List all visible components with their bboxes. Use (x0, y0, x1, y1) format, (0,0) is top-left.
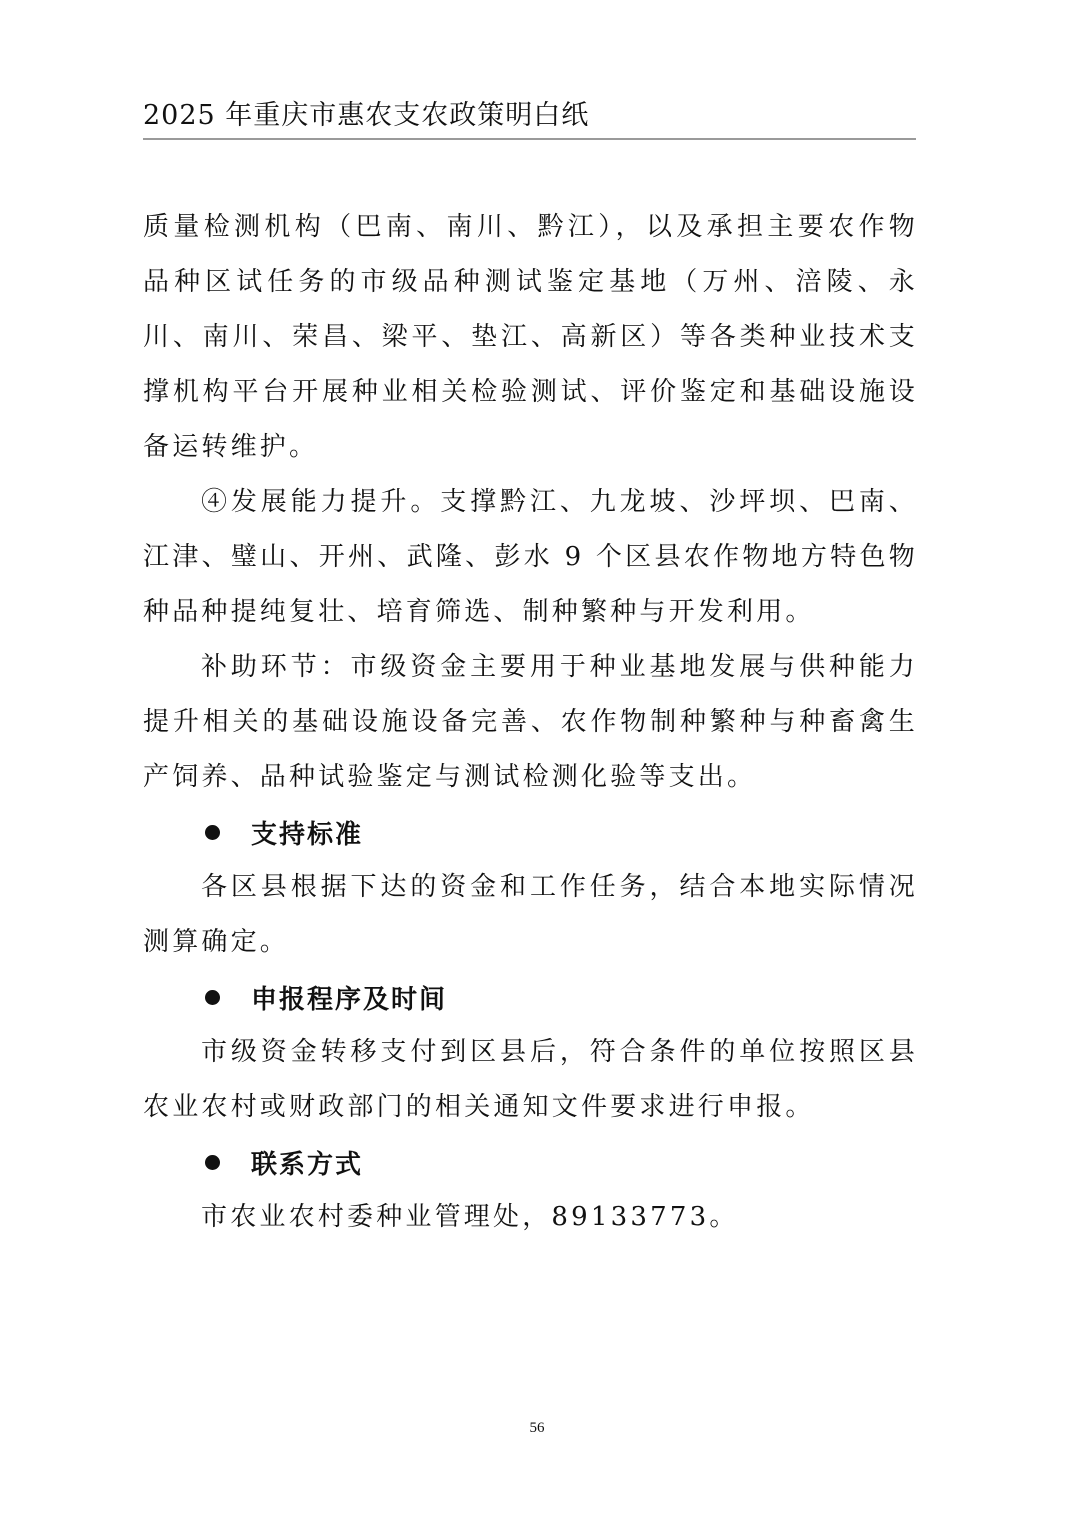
section-heading-text: 联系方式 (251, 1144, 363, 1181)
section-heading-application-procedure: 申报程序及时间 (143, 970, 918, 1025)
paragraph-capacity-improvement: ④发展能力提升。支撑黔江、九龙坡、沙坪坝、巴南、江津、璧山、开州、武隆、彭水 9… (143, 475, 918, 640)
page-header: 2025 年重庆市惠农支农政策明白纸 (143, 96, 916, 136)
paragraph-application-procedure: 市级资金转移支付到区县后，符合条件的单位按照区县农业农村或财政部门的相关通知文件… (143, 1025, 918, 1135)
section-heading-contact: 联系方式 (143, 1135, 918, 1190)
bullet-icon (205, 825, 220, 840)
paragraph-institutions: 质量检测机构（巴南、南川、黔江），以及承担主要农作物品种区试任务的市级品种测试鉴… (143, 200, 918, 475)
section-heading-support-standard: 支持标准 (143, 805, 918, 860)
bullet-icon (205, 990, 220, 1005)
document-title: 2025 年重庆市惠农支农政策明白纸 (143, 96, 916, 136)
paragraph-support-standard: 各区县根据下达的资金和工作任务，结合本地实际情况测算确定。 (143, 860, 918, 970)
paragraph-contact: 市农业农村委种业管理处，89133773。 (143, 1190, 918, 1245)
paragraph-subsidy-scope: 补助环节：市级资金主要用于种业基地发展与供种能力提升相关的基础设施设备完善、农作… (143, 640, 918, 805)
page-number: 56 (0, 1420, 1074, 1437)
section-heading-text: 支持标准 (251, 814, 363, 851)
bullet-icon (205, 1155, 220, 1170)
section-heading-text: 申报程序及时间 (251, 979, 447, 1016)
page-content: 质量检测机构（巴南、南川、黔江），以及承担主要农作物品种区试任务的市级品种测试鉴… (143, 200, 918, 1245)
header-divider (143, 138, 916, 140)
